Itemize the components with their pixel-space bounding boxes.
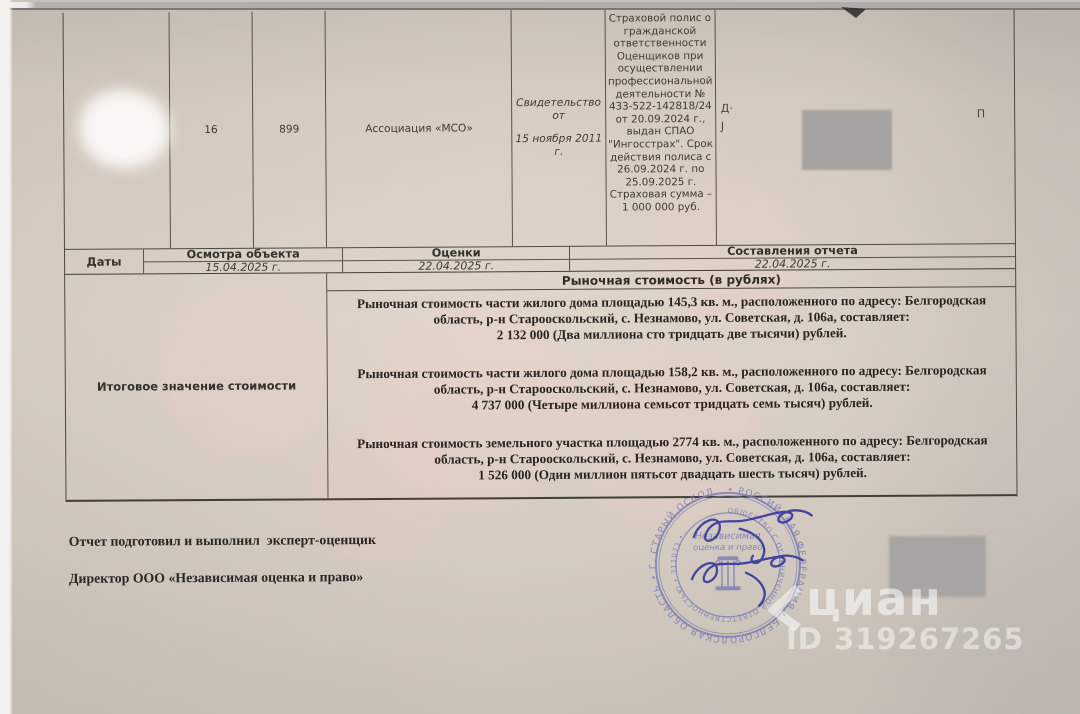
valuation-table: 16 899 Ассоциация «МСО» Свидетельство от… bbox=[63, 7, 1018, 502]
scan-left-margin bbox=[0, 0, 13, 714]
valuation-paragraph: Рыночная стоимость части жилого дома пло… bbox=[336, 340, 1008, 414]
prepared-by-line: Отчет подготовил и выполнил эксперт-оцен… bbox=[69, 532, 376, 550]
redaction-box-bottom bbox=[889, 536, 986, 597]
paragraph-body: Рыночная стоимость части жилого дома пло… bbox=[357, 292, 986, 326]
scan-edge-strip bbox=[0, 0, 1080, 10]
text-fragment-p: П bbox=[977, 107, 985, 120]
market-value-paragraphs: Рыночная стоимость части жилого дома пло… bbox=[328, 287, 1017, 484]
stamp-center-line2: оценка и право bbox=[693, 543, 762, 553]
paragraph-amount: 4 737 000 (Четыре миллиона семьсот тридц… bbox=[472, 395, 873, 412]
paragraph-body: Рыночная стоимость земельного участка пл… bbox=[357, 432, 988, 466]
cell-number: 16 bbox=[169, 12, 253, 249]
insurance-policy-text: Страховой полис о гражданской ответствен… bbox=[607, 12, 713, 214]
scan-corner-mark bbox=[840, 5, 870, 19]
valuation-paragraph: Рыночная стоимость части жилого дома пло… bbox=[336, 289, 1008, 344]
director-line: Директор ООО «Независимая оценка и право… bbox=[69, 569, 363, 587]
dates-label-cell: Даты bbox=[65, 249, 144, 273]
registry-entry: 899 bbox=[279, 123, 299, 135]
final-value-content: Рыночная стоимость (в рублях) Рыночная с… bbox=[328, 269, 1017, 498]
scanned-report-page: 16 899 Ассоциация «МСО» Свидетельство от… bbox=[0, 0, 1080, 714]
company-stamp: • РОССИЙСКАЯ ФЕДЕРАЦИЯ • БЕЛГОРОДСКАЯ ОБ… bbox=[621, 478, 852, 659]
cell-certificate: Свидетельство от 15 ноября 2011 г. bbox=[512, 10, 607, 247]
registry-number: 16 bbox=[204, 124, 218, 136]
cell-registry: 899 bbox=[252, 11, 327, 247]
date-report-cell: Составления отчета 22.04.2025 г. bbox=[570, 244, 1015, 271]
table-row-final-value: Итоговое значение стоимости Рыночная сто… bbox=[65, 269, 1016, 500]
valuation-paragraph: Рыночная стоимость земельного участка пл… bbox=[336, 410, 1008, 484]
date-appraisal-cell: Оценки 22.04.2025 г. bbox=[343, 247, 570, 272]
certificate-line2: 15 ноября 2011 г. bbox=[512, 133, 605, 160]
paragraph-amount: 2 132 000 (Два миллиона сто тридцать две… bbox=[497, 325, 847, 342]
stamp-column-emblem bbox=[716, 557, 741, 590]
certificate-line1: Свидетельство от bbox=[512, 97, 605, 124]
cell-insurance-policy: Страховой полис о гражданской ответствен… bbox=[605, 9, 716, 246]
text-fragment-j: Ј bbox=[721, 120, 724, 133]
redaction-box-top bbox=[802, 110, 892, 170]
final-value-label-text: Итоговое значение стоимости bbox=[97, 378, 296, 394]
text-fragment-d: Д· bbox=[721, 102, 733, 115]
cell-association: Ассоциация «МСО» bbox=[326, 10, 513, 247]
redaction-blur bbox=[80, 90, 170, 168]
dates-label: Даты bbox=[86, 255, 121, 269]
cian-logo-mark bbox=[768, 584, 802, 636]
date-inspection-cell: Осмотра объекта 15.04.2025 г. bbox=[144, 248, 344, 273]
final-value-label: Итоговое значение стоимости bbox=[65, 273, 329, 500]
paragraph-body: Рыночная стоимость части жилого дома пло… bbox=[357, 362, 986, 396]
association-name: Ассоциация «МСО» bbox=[365, 122, 473, 135]
